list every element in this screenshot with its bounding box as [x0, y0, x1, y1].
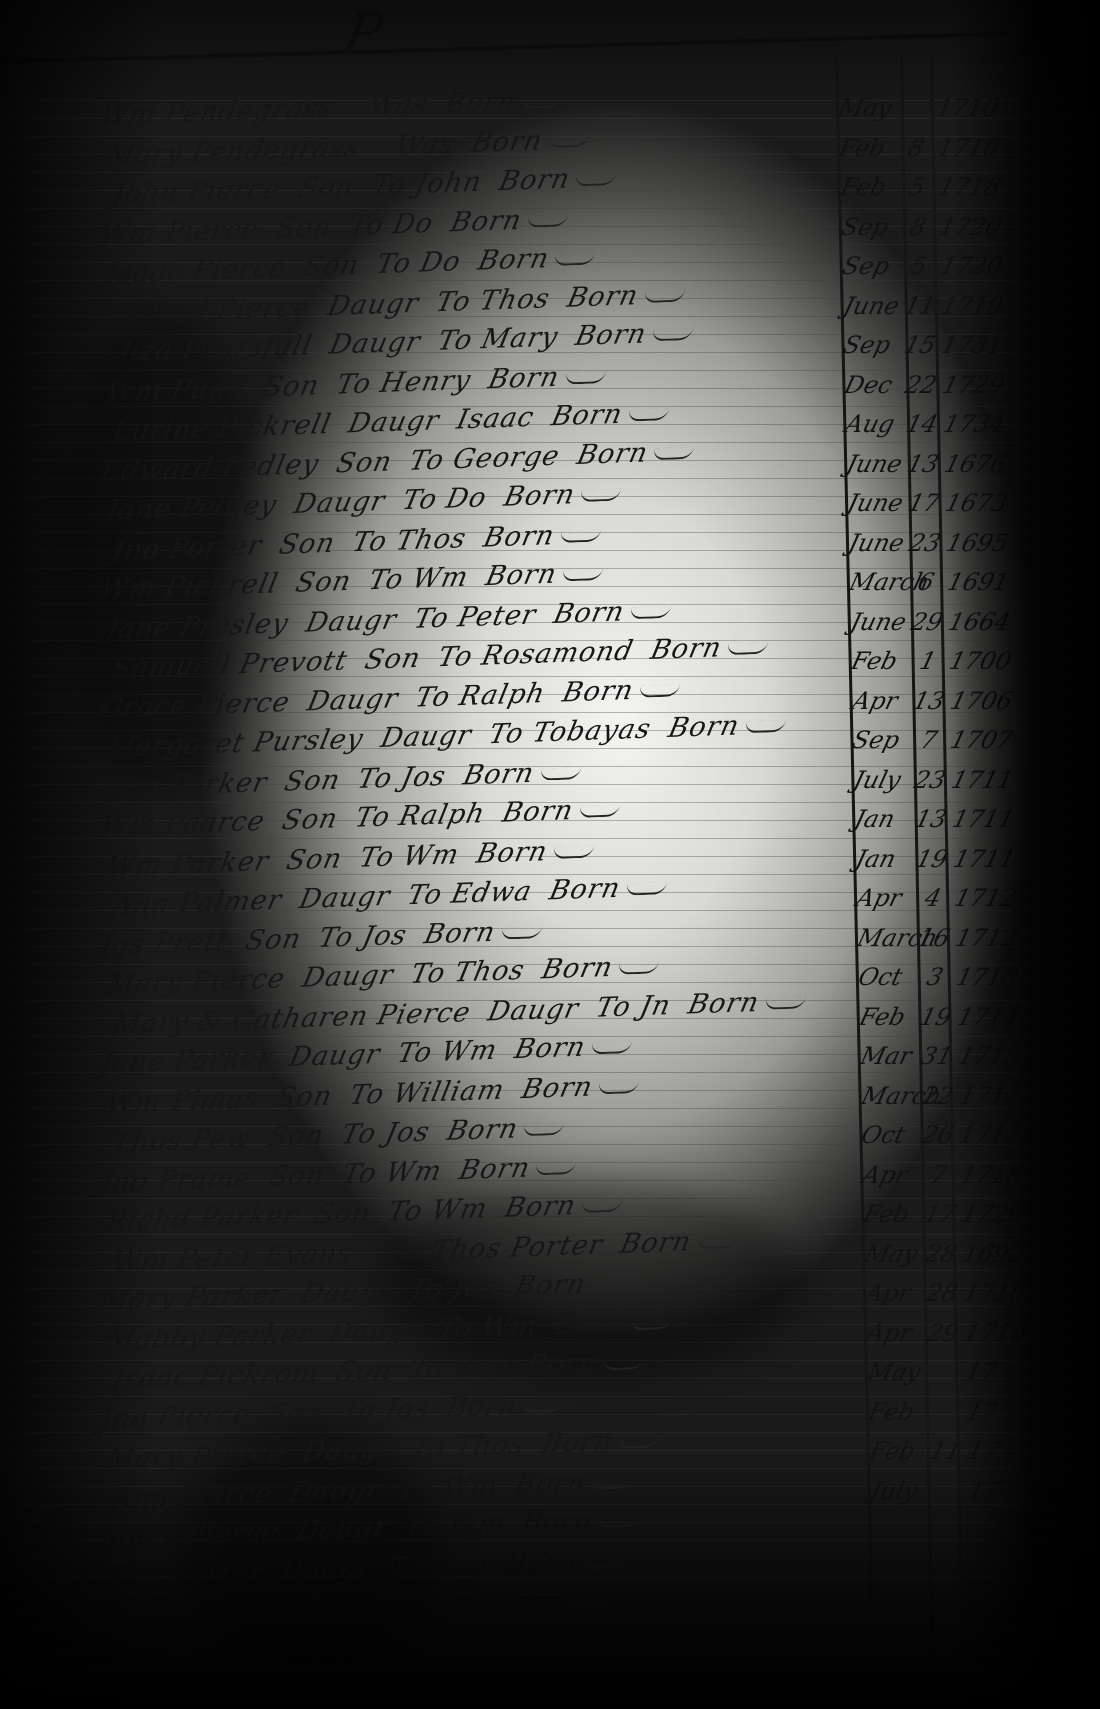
date-year: 1711 — [950, 805, 1017, 833]
date-month: Jan — [852, 805, 919, 833]
entry-relation: Son — [362, 643, 424, 676]
entry-parent: To John — [369, 167, 485, 202]
date-year: 1720 — [936, 213, 1003, 241]
date-year: 1720 — [937, 252, 1004, 280]
entry-parent: To William — [347, 1074, 508, 1111]
pen-flourish-icon — [617, 961, 660, 974]
date-day: 13 — [910, 805, 953, 833]
entry-parent: To George — [406, 440, 562, 476]
pen-flourish-icon — [643, 289, 686, 302]
pen-flourish-icon — [564, 370, 607, 383]
entry-relation: Daugr — [378, 720, 475, 754]
entry-born: Born — [549, 399, 626, 433]
entry-name: Jane Pedley — [103, 489, 280, 526]
date-month: Dec — [842, 371, 909, 399]
entry-born: Born — [551, 596, 628, 630]
entry-name: Jos Prett — [97, 925, 231, 961]
entry-born: Born — [481, 519, 558, 553]
pen-flourish-icon — [582, 1554, 625, 1567]
date-year: 1713 — [953, 963, 1020, 991]
entry-born: Born — [524, 1347, 601, 1381]
entry-born: Born — [501, 479, 578, 513]
entry-born: Born — [444, 1113, 521, 1147]
pen-flourish-icon — [580, 1199, 623, 1212]
date-day: 11 — [924, 1437, 967, 1465]
date-year: 1710 — [934, 94, 1001, 122]
date-month: June — [844, 450, 911, 478]
date-year: 1711 — [949, 766, 1016, 794]
entry-born: Born — [572, 318, 649, 352]
entry-relation: Son — [274, 1080, 336, 1113]
entry-relation: Daugr — [286, 1039, 383, 1073]
entry-born: Born — [483, 559, 560, 593]
pen-flourish-icon — [651, 327, 694, 340]
entry-name: Grace Pierce — [97, 686, 293, 724]
entry-name: Wm Parker — [103, 845, 272, 882]
date-day: 22 — [916, 1082, 959, 1110]
date-year: 1731 — [939, 331, 1006, 359]
entry-parent: To Wm — [372, 1589, 478, 1624]
entry-born: Born — [519, 1071, 596, 1105]
entry-born: Born — [519, 1505, 596, 1539]
date-month: June — [845, 489, 912, 517]
date-month: Apr — [849, 687, 916, 715]
pen-flourish-icon — [579, 488, 622, 501]
entry-born: Born — [648, 632, 725, 666]
entry-relation: Son — [243, 923, 305, 956]
date-month: Feb — [836, 134, 903, 162]
entry-parent: To Jos — [339, 1116, 433, 1150]
entry-name: Mary Pendegrass — [103, 131, 363, 171]
date-month: July — [867, 1477, 934, 1505]
entry-parent: To Tobayas — [486, 713, 654, 750]
pen-flourish-icon — [696, 1235, 739, 1248]
date-year: 1695 — [943, 529, 1010, 557]
date-year: 1700 — [946, 647, 1013, 675]
date-month: May — [836, 94, 903, 122]
entry-relation: Son — [266, 1159, 328, 1192]
entry-relation: Son — [265, 1396, 327, 1429]
entry-name: Mary Pierce — [103, 1437, 288, 1474]
date-year: 1676 — [942, 450, 1009, 478]
date-year: 17 — [964, 1437, 1031, 1465]
date-day: 17 — [919, 1200, 962, 1228]
entry-name: Ann Palmer — [109, 885, 285, 922]
entry-relation: Son — [334, 1355, 396, 1388]
entry-name: Jane Presley — [103, 608, 291, 646]
date-month: Oct — [859, 1121, 926, 1149]
entry-born: Born — [475, 243, 552, 277]
entry-parent: To Wm — [395, 1469, 501, 1504]
date-day: 13 — [902, 450, 945, 478]
date-year: 1664 — [945, 608, 1012, 636]
entry-name: Thos Pierce — [109, 1595, 287, 1632]
pen-flourish-icon — [590, 1475, 633, 1488]
date-month: March — [854, 924, 921, 952]
entry-name: Wm Pearce — [97, 806, 268, 843]
date-month: Apr — [863, 1319, 930, 1347]
entry-name: John Pierce — [109, 174, 284, 211]
entry-born: Born — [444, 1389, 521, 1423]
date-year: 1692 — [960, 1240, 1027, 1268]
date-month: Feb — [866, 1437, 933, 1465]
entry-relation: Son — [279, 803, 341, 836]
date-month: Sep — [839, 252, 906, 280]
date-month: Apr — [860, 1161, 927, 1189]
date-month: Feb — [865, 1398, 932, 1426]
entry-born: Born — [502, 1190, 579, 1224]
date-month: Sep — [838, 213, 905, 241]
entry-name: Wm Pimas — [103, 1083, 262, 1120]
entry-name: Eliza Pearsfull — [97, 330, 315, 369]
date-day: 28 — [921, 1279, 964, 1307]
date-month: Apr — [854, 884, 921, 912]
entry-name: Wm Pierce — [97, 213, 261, 250]
entry-relation: Son — [301, 250, 363, 283]
entry-relation: Daugr — [300, 959, 397, 993]
date-year: 1714 — [954, 1003, 1021, 1031]
entry-name: Jane Parker — [97, 1042, 275, 1079]
entry-parent: To Wm — [402, 1508, 508, 1543]
date-month: June — [840, 292, 907, 320]
entry-born: Born — [489, 1586, 566, 1620]
pen-flourish-icon — [627, 408, 670, 421]
entry-relation: Daugr — [304, 683, 401, 717]
date-month: July — [851, 766, 918, 794]
date-month: Aug — [843, 410, 910, 438]
pen-flourish-icon — [526, 213, 569, 226]
date-month: Feb — [837, 173, 904, 201]
entry-name: Wm Pendegrass — [97, 92, 336, 131]
date-month: Oct — [855, 963, 922, 991]
entry-parent: To Wm — [435, 1310, 541, 1345]
entry-born: Born — [512, 1268, 589, 1302]
date-day: 5 — [897, 252, 940, 280]
date-day: 13 — [907, 687, 950, 715]
pen-flourish-icon — [652, 446, 695, 459]
entry-name: Mary Pierce — [97, 1516, 282, 1553]
date-year: 1712 — [952, 924, 1019, 952]
date-year: 1707 — [948, 726, 1015, 754]
entry-name: Isaac Pierce — [103, 252, 289, 290]
date-year: 1710 — [934, 134, 1001, 162]
pen-flourish-icon — [726, 641, 769, 654]
date-year: 1734 — [941, 410, 1008, 438]
entry-relation: Son — [282, 764, 344, 797]
entry-parent: To Wm — [339, 1155, 445, 1190]
entry-parent: To Ralph — [413, 677, 549, 713]
entry-parent: To Jos — [355, 760, 449, 794]
entry-parent: Was — [392, 128, 457, 161]
date-year: 1706 — [947, 687, 1014, 715]
date-year: 17 — [963, 1398, 1030, 1426]
pen-flourish-icon — [763, 995, 806, 1008]
entry-relation: Son — [283, 843, 345, 876]
date-year: 1691 — [944, 568, 1011, 596]
date-day: 17 — [903, 489, 946, 517]
entry-name: Jno Parker — [109, 767, 270, 804]
entry-name: Lurine Pickrell — [109, 409, 334, 448]
date-year: 1710 — [961, 1319, 1028, 1347]
date-day: 15 — [899, 331, 942, 359]
entry-born: Born — [421, 916, 498, 950]
date-year: 17 — [965, 1477, 1032, 1505]
pen-flourish-icon — [561, 567, 604, 580]
entry-parent: To Henry — [334, 364, 474, 400]
entry-born: Born — [539, 952, 616, 986]
date-month: Mar — [857, 1042, 924, 1070]
entry-parent: To Wm — [357, 839, 463, 874]
pen-flourish-icon — [597, 1514, 640, 1527]
date-year: 1712 — [952, 884, 1019, 912]
entry-born: Born — [685, 986, 762, 1020]
date-day: 19 — [914, 1003, 957, 1031]
entry-parent: To Thos — [349, 523, 469, 558]
date-month: Feb — [856, 1003, 923, 1031]
entry-relation: Daugr — [485, 993, 582, 1027]
entry-relation: Daugr — [278, 1553, 375, 1587]
entry-relation: Son — [265, 1120, 327, 1153]
pen-flourish-icon — [597, 1080, 640, 1093]
date-year: 1710 — [961, 1279, 1028, 1307]
paper-ruling-line — [0, 1702, 1100, 1703]
entry-born: Born — [474, 836, 551, 870]
entry-relation: Daugr — [303, 604, 400, 638]
entry-parent: To Wm — [407, 1351, 513, 1386]
entry-relation: Daugr — [291, 486, 388, 520]
entry-relation: Son — [312, 1197, 374, 1230]
date-year: 1717 — [957, 1121, 1024, 1149]
entry-born: Born — [564, 280, 641, 314]
date-day: 23 — [903, 529, 946, 557]
date-day: 8 — [896, 213, 939, 241]
entry-name: Thos Pew — [109, 1123, 254, 1159]
date-year: 1715 — [955, 1042, 1022, 1070]
date-day: 14 — [901, 410, 944, 438]
date-day: 19 — [911, 845, 954, 873]
entry-parent: To Rosamond — [435, 635, 636, 673]
date-month: June — [845, 529, 912, 557]
header-rule — [0, 32, 1010, 64]
entry-name: Mary Parker — [97, 1279, 286, 1317]
entry-born: Born — [442, 86, 519, 120]
date-month: May — [864, 1358, 931, 1386]
date-year: 1673 — [943, 489, 1010, 517]
entry-parent: To Jos — [316, 919, 410, 953]
entry-parent: To Ralph — [352, 798, 488, 834]
entry-relation: Son — [293, 566, 355, 599]
date-month: May — [862, 1240, 929, 1268]
date-day: 26 — [917, 1121, 960, 1149]
entry-parent: To Thos — [433, 283, 553, 318]
pen-flourish-icon — [574, 172, 617, 185]
entry-parent: To Jos — [406, 1272, 500, 1306]
entry-name: Winifd Pierce — [109, 291, 313, 329]
pen-flourish-icon — [534, 1161, 577, 1174]
pen-flourish-icon — [539, 766, 582, 779]
entry-born: Born — [665, 710, 742, 744]
date-day: 6 — [904, 568, 947, 596]
date-day: 3 — [913, 963, 956, 991]
entry-relation: Daugr — [308, 1630, 405, 1664]
date-year: 1729 — [940, 371, 1007, 399]
entry-born: Born — [512, 1031, 589, 1065]
date-day: 23 — [909, 766, 952, 794]
entry-name: Mary Pilgrim — [97, 1634, 296, 1672]
entry-parent: To Thos — [408, 1429, 528, 1464]
entry-born: Born — [460, 757, 537, 791]
date-day: 8 — [894, 134, 937, 162]
pen-flourish-icon — [625, 882, 668, 895]
date-day: 7 — [908, 726, 951, 754]
entry-parent: To Thos — [408, 955, 528, 990]
entry-relation: Daugr — [294, 1512, 391, 1546]
pen-flourish-icon — [744, 719, 787, 732]
date-day: 1 — [906, 647, 949, 675]
entry-born: Born — [546, 873, 623, 907]
entry-parent: To Wm — [385, 1193, 491, 1228]
entry-parent: To Jn — [593, 989, 674, 1023]
entry-name: Wm Peter Evans — [109, 1238, 355, 1278]
pen-flourish-icon — [522, 1122, 565, 1135]
entry-name: Jno Pierce — [97, 1399, 253, 1435]
entry-relation: Daugr — [296, 881, 393, 915]
date-day: 4 — [912, 884, 955, 912]
date-month: Sep — [850, 726, 917, 754]
page-letter-heading: P — [338, 2, 388, 65]
entry-parent: To Wm — [386, 1549, 492, 1584]
entry-born: Born — [512, 1466, 589, 1500]
entry-parent: To Wm — [366, 562, 472, 597]
pen-flourish-icon — [559, 528, 602, 541]
entry-name: Ann Pierce — [109, 1477, 275, 1514]
pen-flourish-icon — [630, 1316, 673, 1329]
entry-born: Born — [485, 361, 562, 395]
date-day: 28 — [920, 1240, 963, 1268]
entry-parent: To Mary — [435, 321, 561, 356]
date-month: Apr — [863, 1279, 930, 1307]
entry-parent: To Wm — [395, 1035, 501, 1070]
entry-born: Born — [448, 204, 525, 238]
pen-flourish-icon — [547, 134, 590, 147]
paper-ruling-line — [0, 1684, 1100, 1685]
entry-born: Born — [552, 1307, 629, 1341]
date-month: March — [846, 568, 913, 596]
date-day: 29 — [921, 1319, 964, 1347]
entry-born: Born — [469, 125, 546, 159]
pen-flourish-icon — [553, 252, 596, 265]
pen-flourish-icon — [617, 1435, 660, 1448]
entry-name: Wm Pickrell — [97, 568, 281, 605]
date-day: 7 — [918, 1161, 961, 1189]
pen-flourish-icon — [568, 1595, 611, 1608]
entry-name: Isaac Pickrom — [109, 1357, 322, 1395]
pen-flourish-icon — [590, 1040, 633, 1053]
entry-relation: Son — [261, 370, 323, 403]
pen-flourish-icon — [578, 804, 621, 817]
entry-name: Richd Parker — [103, 1200, 300, 1238]
entry-name: Jno Prame — [97, 1162, 254, 1199]
date-month: Jan — [853, 845, 920, 873]
entry-name: Jno Porter — [109, 530, 265, 566]
entry-parent: To Jos — [338, 1392, 432, 1426]
pen-flourish-icon — [602, 1356, 645, 1369]
entry-relation: Son — [299, 1593, 361, 1626]
entry-parent: To Peter — [411, 599, 539, 634]
pen-flourish-icon — [520, 95, 563, 108]
date-day: 22 — [900, 371, 943, 399]
pen-flourish-icon — [638, 683, 681, 696]
date-day: 31 — [915, 1042, 958, 1070]
entry-born: Born — [499, 795, 576, 829]
date-month: Feb — [848, 647, 915, 675]
entry-relation: Daugr — [327, 326, 424, 360]
entry-parent: To Do — [374, 246, 464, 280]
date-month: June — [847, 608, 914, 636]
entry-born: Born — [539, 1426, 616, 1460]
pen-flourish-icon — [500, 925, 543, 938]
pen-flourish-icon — [590, 1277, 633, 1290]
date-month: Sep — [841, 331, 908, 359]
pen-flourish-icon — [522, 1398, 565, 1411]
entry-born: Born — [503, 1545, 580, 1579]
entry-relation: Son — [276, 527, 338, 560]
entry-relation: Daugr — [346, 405, 443, 439]
entry-relation: Daugr — [327, 1314, 424, 1348]
date-year: 1718 — [958, 1161, 1025, 1189]
date-month: Feb — [861, 1200, 928, 1228]
pen-flourish-icon — [442, 1638, 485, 1651]
entry-born: Born — [560, 674, 637, 708]
entry-relation: Daugr — [325, 287, 422, 321]
date-year: 1717 — [956, 1082, 1023, 1110]
entry-born: Born — [574, 437, 651, 471]
entry-parent: Isaac — [454, 402, 537, 436]
entry-parent: Was — [366, 89, 431, 122]
pen-flourish-icon — [629, 605, 672, 618]
entry-born: Born — [617, 1226, 694, 1260]
entry-relation: Daugr — [298, 1275, 395, 1309]
entry-relation: Son — [273, 211, 335, 244]
date-year: 1718 — [935, 173, 1002, 201]
date-year: 17 — [962, 1358, 1029, 1386]
date-day: 11 — [898, 292, 941, 320]
entry-parent: To Do — [346, 207, 436, 241]
date-month: March — [858, 1082, 925, 1110]
date-year: 1720 — [959, 1200, 1026, 1228]
date-year: 1719 — [938, 292, 1005, 320]
date-day: 5 — [895, 173, 938, 201]
entry-relation: Daugr — [300, 1433, 397, 1467]
entry-relation: Daugr — [287, 1474, 384, 1508]
entry-name: Wm Pugh — [103, 372, 249, 408]
entry-born: Born — [456, 1152, 533, 1186]
entry-name: Mary Pierce — [103, 963, 288, 1000]
entry-name: Eliz Porter — [103, 1556, 266, 1593]
entry-relation: Son — [296, 171, 358, 204]
register-page: P Wm PendegrassWasBornMary PendegrassWas… — [0, 0, 1100, 1709]
date-day: 29 — [905, 608, 948, 636]
entry-born: Born — [496, 163, 573, 197]
entry-relation: Son — [333, 446, 395, 479]
date-day: 16 — [912, 924, 955, 952]
date-year: 1711 — [951, 845, 1018, 873]
pen-flourish-icon — [552, 845, 595, 858]
entry-parent: To Do — [400, 482, 490, 516]
entry-parent: To Edwa — [405, 876, 536, 912]
